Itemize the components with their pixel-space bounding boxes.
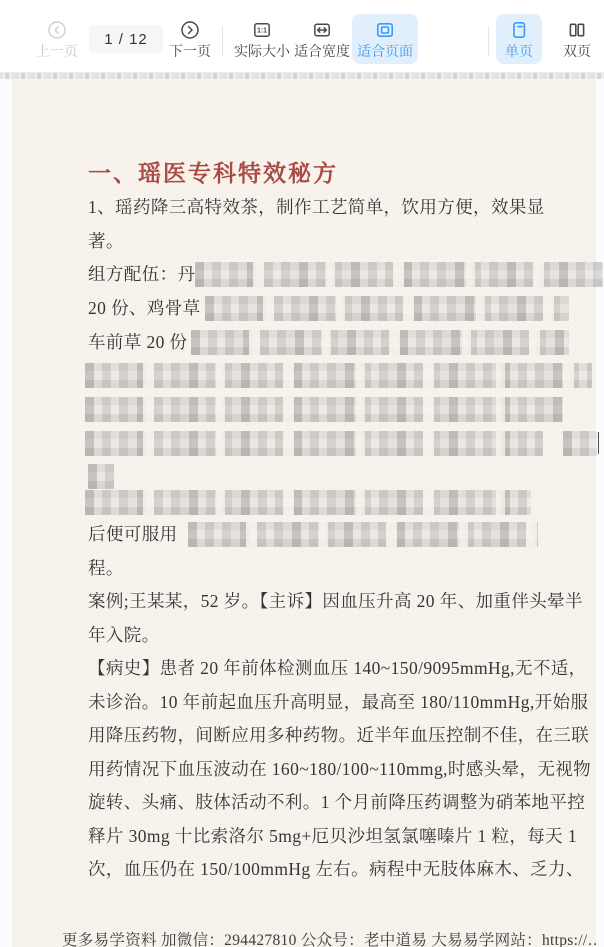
circle-chevron-left-icon: [47, 20, 67, 40]
doc-line: 20 份、鸡骨草: [88, 295, 569, 322]
double-page-icon: [567, 20, 587, 40]
doc-line: 案例;王某某，52 岁。【主诉】因血压升高 20 年、加重伴头晕半: [88, 588, 583, 615]
doc-line: 用降压药物，间断应用多种药物。近半年血压控制不佳，在三联: [88, 722, 589, 749]
next-page-button[interactable]: 下一页: [163, 14, 217, 64]
toolbar-divider: [222, 26, 223, 56]
redacted-text-block: [205, 296, 569, 321]
doc-line: 年入院。: [88, 622, 160, 649]
doc-line: 次，血压仍在 150/100mmHg 左右。病程中无肢体麻木、乏力、: [88, 856, 584, 883]
actual-size-icon: 1:1: [252, 20, 272, 40]
svg-text:1:1: 1:1: [257, 27, 267, 34]
doc-line: 【病史】患者 20 年前体检测血压 140~150/9095mmHg,无不适，: [88, 655, 587, 682]
page-footer-watermark: 更多易学资料 加微信：294427810 公众号：老中道易 大易易学网站：htt…: [62, 928, 596, 947]
fit-width-icon: [312, 20, 332, 40]
pdf-viewer-window: 上一页 1 / 12 下一页 1:1 实际大小: [0, 0, 604, 947]
doc-line: 车前草 20 份: [88, 329, 569, 356]
redacted-text-block: [85, 490, 531, 515]
redacted-text-block: [85, 431, 543, 456]
doc-line: 程。: [88, 555, 124, 582]
prev-page-button[interactable]: 上一页: [30, 14, 84, 64]
actual-size-label: 实际大小: [234, 43, 290, 59]
single-page-button[interactable]: 单页: [496, 14, 542, 64]
doc-line: 未诊治。10 年前起血压升高明显，最高至 180/110mmHg,开始服: [88, 689, 588, 716]
redacted-text-block: [85, 397, 563, 422]
fit-width-label: 适合宽度: [294, 43, 350, 59]
doc-line: 组方配伍：丹: [88, 261, 603, 288]
double-page-button[interactable]: 双页: [554, 14, 600, 64]
next-page-label: 下一页: [169, 43, 211, 59]
doc-line: 1、瑶药降三高特效茶，制作工艺简单，饮用方便，效果显: [88, 194, 545, 221]
redacted-text-block: [88, 464, 114, 489]
section-heading: 一、瑶医专科特效秘方: [88, 155, 338, 188]
doc-line: [85, 396, 563, 423]
page-indicator[interactable]: 1 / 12: [89, 25, 163, 53]
circle-chevron-right-icon: [180, 20, 200, 40]
single-page-label: 单页: [505, 43, 533, 59]
doc-line: [85, 463, 114, 490]
fit-page-icon: [375, 20, 395, 40]
redacted-text-block: [195, 262, 603, 287]
doc-line: [85, 489, 531, 516]
doc-line: 著。: [88, 228, 124, 255]
doc-line: 后便可服用: [88, 521, 538, 548]
redacted-text-block: [191, 330, 569, 355]
redacted-text-block: [188, 522, 538, 547]
doc-line: [85, 430, 597, 457]
fit-width-button[interactable]: 适合宽度: [290, 14, 354, 64]
doc-line: 释片 30mg 十比索洛尔 5mg+厄贝沙坦氢氯噻嗪片 1 粒，每天 1: [88, 823, 577, 850]
doc-line: 旋转、头痛、肢体活动不利。1 个月前降压药调整为硝苯地平控: [88, 789, 585, 816]
doc-line: 用药情况下血压波动在 160~180/100~110mmg,时感头晕，无视物: [88, 756, 591, 783]
single-page-icon: [509, 20, 529, 40]
toolbar-divider: [488, 26, 489, 56]
redacted-text-block: [563, 431, 597, 456]
viewer-toolbar: 上一页 1 / 12 下一页 1:1 实际大小: [0, 0, 604, 73]
fit-page-button[interactable]: 适合页面: [352, 14, 418, 64]
actual-size-button[interactable]: 1:1 实际大小: [230, 14, 294, 64]
double-page-label: 双页: [563, 43, 591, 59]
fit-page-label: 适合页面: [357, 43, 413, 59]
prev-page-label: 上一页: [36, 43, 78, 59]
doc-line: [85, 362, 592, 389]
redacted-text-block: [85, 363, 592, 388]
